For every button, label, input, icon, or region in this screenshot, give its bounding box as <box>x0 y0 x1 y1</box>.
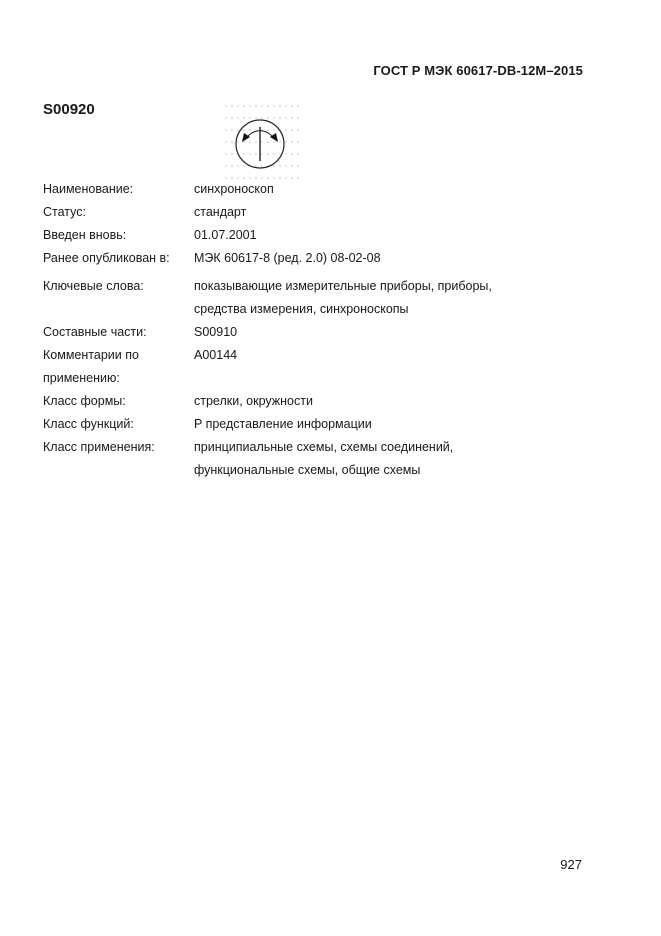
symbol-id: S00920 <box>43 101 95 118</box>
property-components: Составные части: S00910 <box>43 321 603 344</box>
property-value: показывающие измерительные приборы, приб… <box>194 275 603 321</box>
symbol-figure <box>222 100 302 180</box>
synchroscope-icon <box>222 100 302 180</box>
property-previously-published: Ранее опубликован в: МЭК 60617-8 (ред. 2… <box>43 247 603 270</box>
property-label: Введен вновь: <box>43 224 194 247</box>
properties-table: Наименование: синхроноскоп Статус: станд… <box>43 178 603 482</box>
property-value: стрелки, окружности <box>194 390 603 413</box>
property-introduced: Введен вновь: 01.07.2001 <box>43 224 603 247</box>
property-label: Ранее опубликован в: <box>43 247 194 270</box>
property-name: Наименование: синхроноскоп <box>43 178 603 201</box>
property-application-class: Класс применения: принципиальные схемы, … <box>43 436 603 482</box>
property-value: синхроноскоп <box>194 178 603 201</box>
property-status: Статус: стандарт <box>43 201 603 224</box>
property-label: Класс функций: <box>43 413 194 436</box>
property-label: Ключевые слова: <box>43 275 194 321</box>
property-value: 01.07.2001 <box>194 224 603 247</box>
property-label: Класс формы: <box>43 390 194 413</box>
property-value: МЭК 60617-8 (ред. 2.0) 08-02-08 <box>194 247 603 270</box>
property-label: Наименование: <box>43 178 194 201</box>
standard-code-header: ГОСТ Р МЭК 60617-DB-12M–2015 <box>373 63 583 78</box>
property-label: Класс применения: <box>43 436 194 482</box>
property-function-class: Класс функций: P представление информаци… <box>43 413 603 436</box>
property-value: S00910 <box>194 321 603 344</box>
property-value: A00144 <box>194 344 603 390</box>
page-number: 927 <box>560 857 582 872</box>
property-value: P представление информации <box>194 413 603 436</box>
property-value: стандарт <box>194 201 603 224</box>
property-keywords: Ключевые слова: показывающие измерительн… <box>43 275 603 321</box>
property-application-notes: Комментарии по применению: A00144 <box>43 344 603 390</box>
property-label: Комментарии по применению: <box>43 344 194 390</box>
property-value: принципиальные схемы, схемы соединений, … <box>194 436 603 482</box>
property-label: Статус: <box>43 201 194 224</box>
property-label: Составные части: <box>43 321 194 344</box>
property-form-class: Класс формы: стрелки, окружности <box>43 390 603 413</box>
